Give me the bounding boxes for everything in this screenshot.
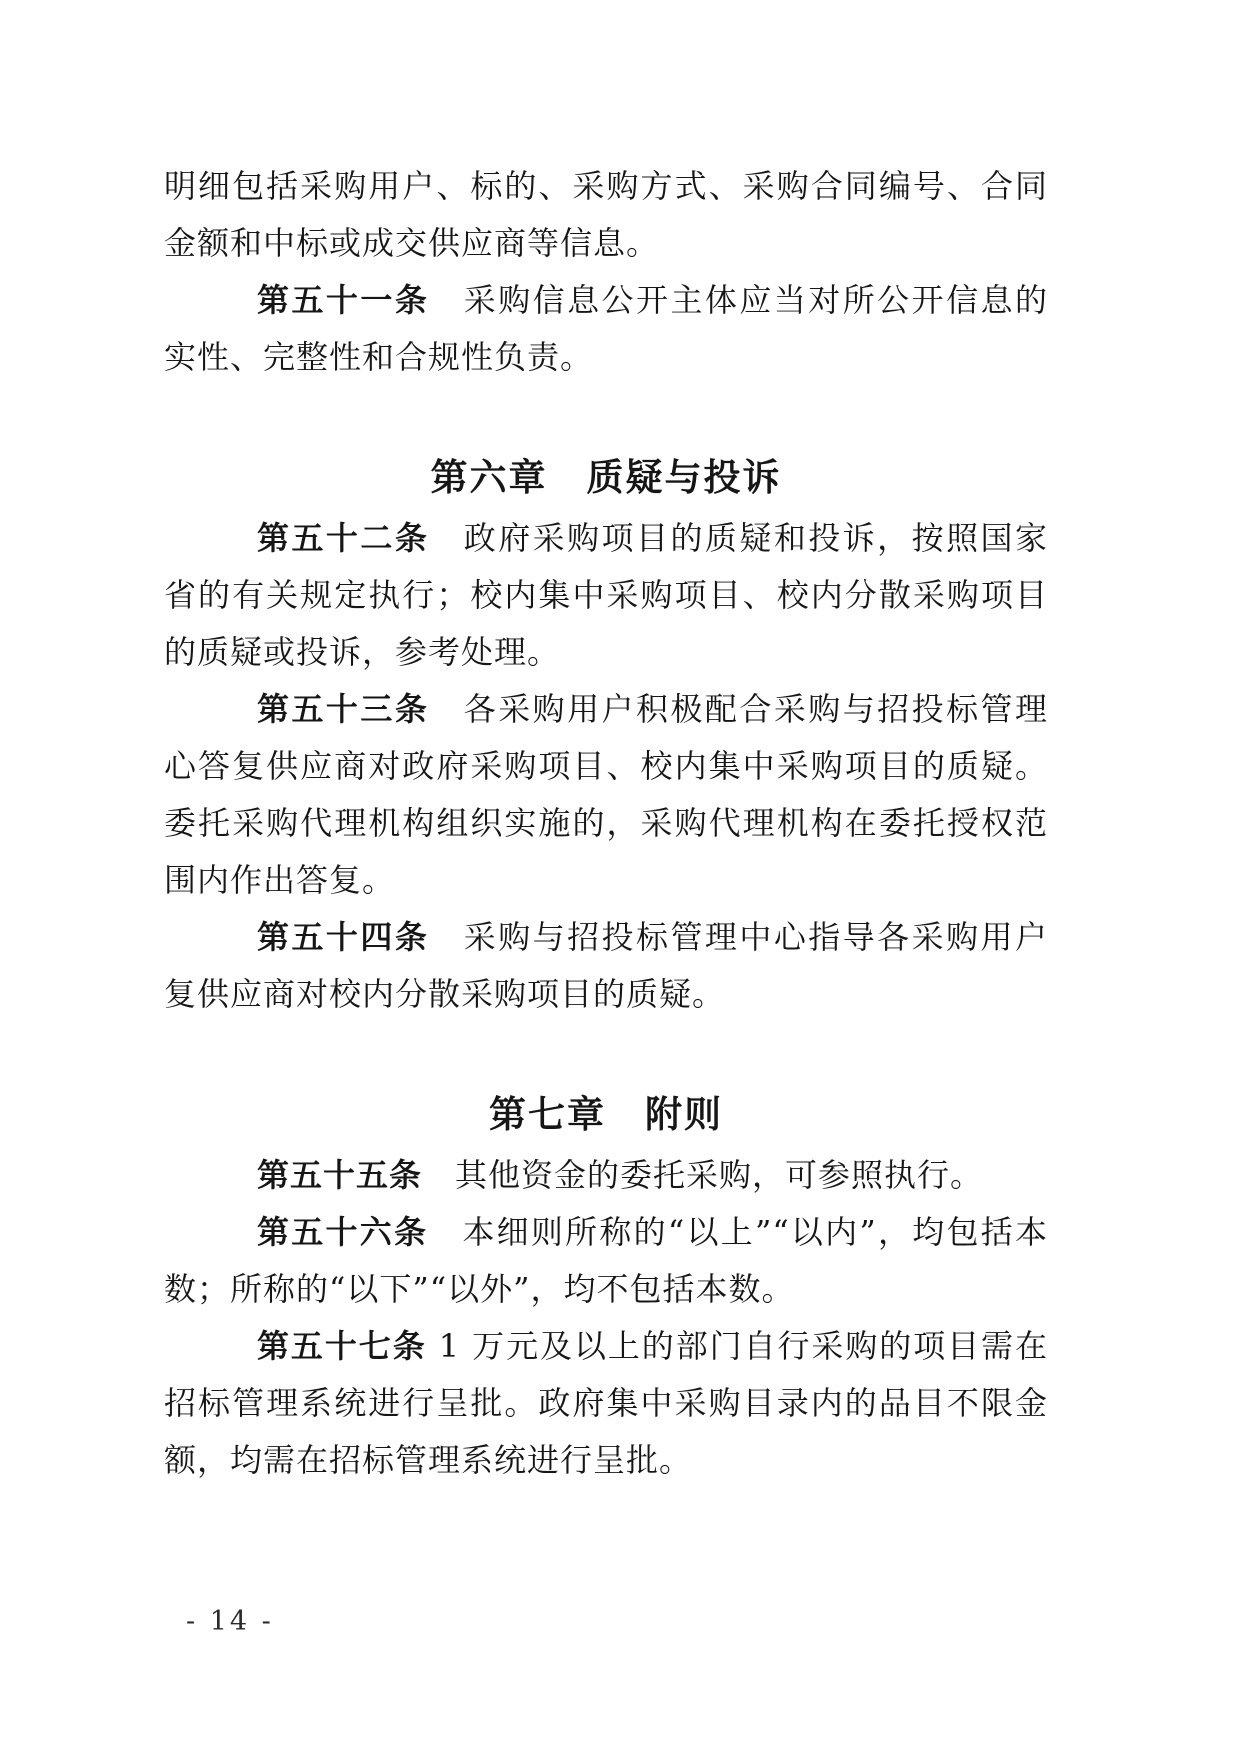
page-number: - 14 - [186, 1606, 274, 1637]
line-text: 省的有关规定执行；校内集中采购项目、校内分散采购项目 [164, 576, 1048, 614]
chapter-heading: 第六章 质疑与投诉 [164, 449, 1048, 506]
article-number: 第五十七条 [257, 1327, 427, 1365]
document-line: 数；所称的“以下”“以外”，均不包括本数。 [164, 1261, 1048, 1318]
line-text: 本细则所称的“以上”“以内”，均包括本 [428, 1213, 1048, 1251]
document-line: 第五十一条 采购信息公开主体应当对所公开信息的真 [164, 272, 1048, 329]
document-line: 第五十四条 采购与招投标管理中心指导各采购用户答 [164, 909, 1048, 966]
article-number: 第五十四条 [257, 918, 429, 956]
document-line: 金额和中标或成交供应商等信息。 [164, 215, 1048, 272]
line-text: 明细包括采购用户、标的、采购方式、采购合同编号、合同 [164, 167, 1048, 205]
line-text: 的质疑或投诉，参考处理。 [164, 633, 560, 671]
chapter-heading: 第七章 附则 [164, 1086, 1048, 1143]
document-line: 第五十五条 其他资金的委托采购，可参照执行。 [164, 1147, 1048, 1204]
document-body: 明细包括采购用户、标的、采购方式、采购合同编号、合同金额和中标或成交供应商等信息… [164, 158, 1048, 1489]
article-number: 第五十六条 [257, 1213, 428, 1251]
document-line: 明细包括采购用户、标的、采购方式、采购合同编号、合同 [164, 158, 1048, 215]
article-number: 第五十二条 [257, 519, 429, 557]
document-line: 实性、完整性和合规性负责。 [164, 329, 1048, 386]
document-line: 复供应商对校内分散采购项目的质疑。 [164, 966, 1048, 1023]
document-line: 招标管理系统进行呈批。政府集中采购目录内的品目不限金 [164, 1375, 1048, 1432]
chapter-title-text: 第六章 质疑与投诉 [431, 456, 782, 499]
document-line: 额，均需在招标管理系统进行呈批。 [164, 1432, 1048, 1489]
line-text: 实性、完整性和合规性负责。 [164, 338, 593, 376]
document-line: 第五十六条 本细则所称的“以上”“以内”，均包括本 [164, 1204, 1048, 1261]
document-line: 第五十七条 1 万元及以上的部门自行采购的项目需在 [164, 1318, 1048, 1375]
document-line: 心答复供应商对政府采购项目、校内集中采购项目的质疑。 [164, 738, 1048, 795]
document-line: 的质疑或投诉，参考处理。 [164, 624, 1048, 681]
line-text: 1 万元及以上的部门自行采购的项目需在 [427, 1327, 1048, 1365]
line-text: 心答复供应商对政府采购项目、校内集中采购项目的质疑。 [164, 747, 1048, 785]
line-text: 复供应商对校内分散采购项目的质疑。 [164, 975, 725, 1013]
line-text: 数；所称的“以下”“以外”，均不包括本数。 [164, 1270, 794, 1308]
line-text: 金额和中标或成交供应商等信息。 [164, 224, 659, 262]
document-page: 明细包括采购用户、标的、采购方式、采购合同编号、合同金额和中标或成交供应商等信息… [0, 0, 1240, 1753]
document-line: 围内作出答复。 [164, 852, 1048, 909]
document-line: 第五十二条 政府采购项目的质疑和投诉，按照国家和 [164, 510, 1048, 567]
line-text: 委托采购代理机构组织实施的，采购代理机构在委托授权范 [164, 804, 1048, 842]
article-number: 第五十一条 [257, 281, 429, 319]
article-number: 第五十三条 [257, 690, 429, 728]
document-line: 第五十三条 各采购用户积极配合采购与招投标管理中 [164, 681, 1048, 738]
line-text: 围内作出答复。 [164, 861, 395, 899]
article-number: 第五十五条 [257, 1156, 422, 1194]
line-text: 额，均需在招标管理系统进行呈批。 [164, 1441, 692, 1479]
document-line: 省的有关规定执行；校内集中采购项目、校内分散采购项目 [164, 567, 1048, 624]
line-text: 招标管理系统进行呈批。政府集中采购目录内的品目不限金 [164, 1384, 1048, 1422]
chapter-title-text: 第七章 附则 [489, 1093, 723, 1136]
document-line: 委托采购代理机构组织实施的，采购代理机构在委托授权范 [164, 795, 1048, 852]
line-text: 其他资金的委托采购，可参照执行。 [422, 1156, 983, 1194]
